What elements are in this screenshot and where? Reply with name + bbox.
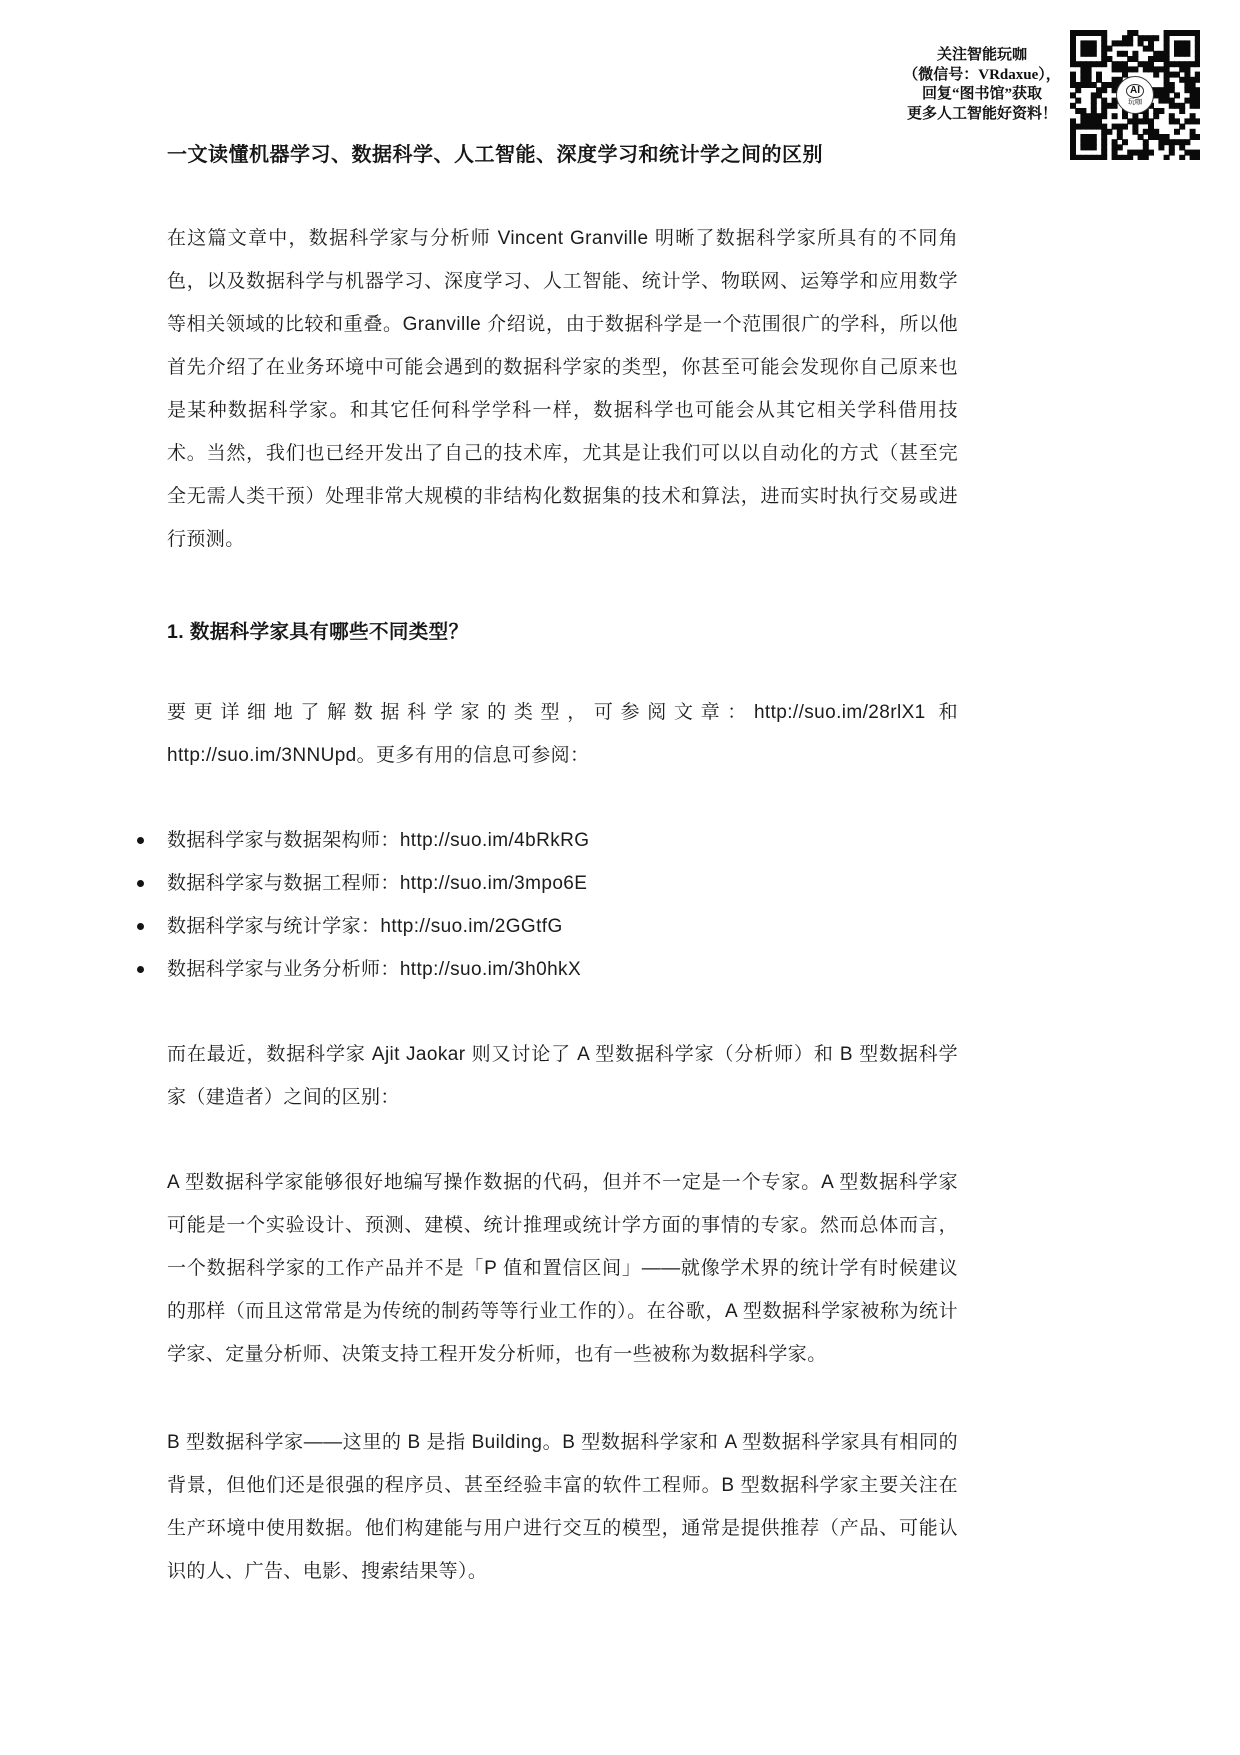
qr-code: AI 玩咖 xyxy=(1070,30,1200,160)
ab-intro-paragraph: 而在最近，数据科学家 Ajit Jaokar 则又讨论了 A 型数据科学家（分析… xyxy=(167,1033,958,1119)
page: { "header": { "promo_lines": [ "关注智能玩咖",… xyxy=(0,0,1240,1755)
list-item: 数据科学家与数据架构师：http://suo.im/4bRkRG xyxy=(167,819,958,862)
list-item: 数据科学家与业务分析师：http://suo.im/3h0hkX xyxy=(167,948,958,991)
reference-url: http://suo.im/3mpo6E xyxy=(400,873,588,894)
qr-logo-top-label: AI xyxy=(1126,84,1144,98)
list-item: 数据科学家与统计学家：http://suo.im/2GGtfG xyxy=(167,905,958,948)
reference-label: 数据科学家与数据工程师： xyxy=(167,873,400,894)
type-a-paragraph: A 型数据科学家能够很好地编写操作数据的代码，但并不一定是一个专家。A 型数据科… xyxy=(167,1161,958,1376)
doc-title: 一文读懂机器学习、数据科学、人工智能、深度学习和统计学之间的区别 xyxy=(167,142,958,168)
reference-label: 数据科学家与统计学家： xyxy=(167,916,380,937)
section1-heading: 1. 数据科学家具有哪些不同类型？ xyxy=(167,619,958,645)
list-item: 数据科学家与数据工程师：http://suo.im/3mpo6E xyxy=(167,862,958,905)
qr-logo: AI 玩咖 xyxy=(1116,76,1154,114)
reference-label: 数据科学家与数据架构师： xyxy=(167,830,400,851)
reference-url: http://suo.im/3h0hkX xyxy=(400,959,581,980)
reference-label: 数据科学家与业务分析师： xyxy=(167,959,400,980)
document-content: 一文读懂机器学习、数据科学、人工智能、深度学习和统计学之间的区别 在这篇文章中，… xyxy=(167,0,958,1593)
qr-logo-bottom-label: 玩咖 xyxy=(1128,99,1142,107)
type-b-paragraph: B 型数据科学家——这里的 B 是指 Building。B 型数据科学家和 A … xyxy=(167,1421,958,1593)
reference-url: http://suo.im/2GGtfG xyxy=(380,916,562,937)
section1-lead-paragraph: 要更详细地了解数据科学家的类型，可参阅文章：http://suo.im/28rl… xyxy=(167,691,958,777)
bullet-icon xyxy=(137,966,144,973)
bullet-icon xyxy=(137,880,144,887)
bullet-icon xyxy=(137,923,144,930)
bullet-icon xyxy=(137,837,144,844)
intro-paragraph: 在这篇文章中，数据科学家与分析师 Vincent Granville 明晰了数据… xyxy=(167,217,958,561)
reference-url: http://suo.im/4bRkRG xyxy=(400,830,590,851)
reference-list: 数据科学家与数据架构师：http://suo.im/4bRkRG 数据科学家与数… xyxy=(167,819,958,991)
